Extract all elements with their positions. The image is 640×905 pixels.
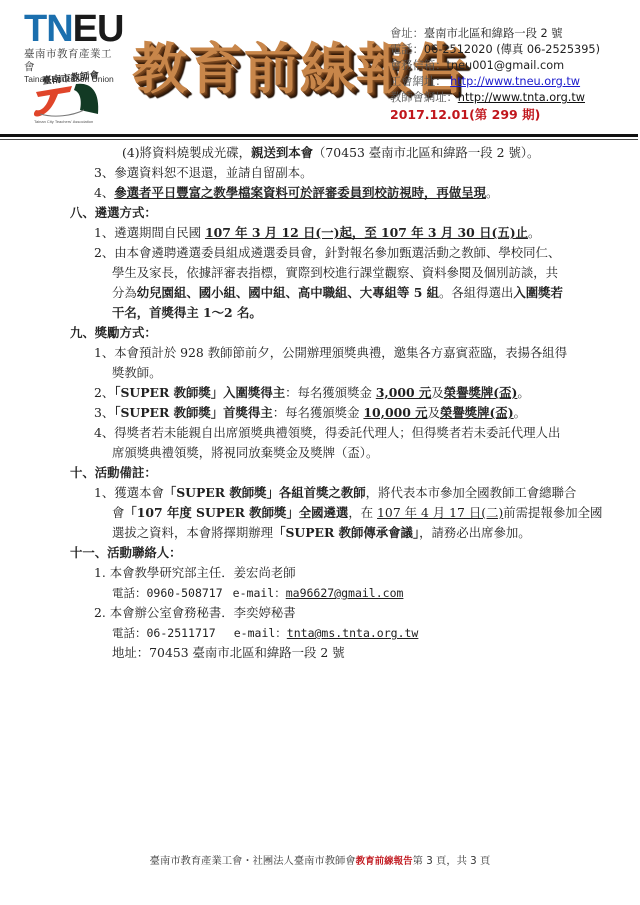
footer-publication: 教育前線報告 xyxy=(356,856,413,867)
section-9-item-3: 3、「SUPER 教師獎」首獎得主：每名獲頒獎金 10,000 元及榮譽獎牌(盃… xyxy=(66,403,586,423)
contact-1-title: 1. 本會教學研究部主任．姜宏尚老師 xyxy=(66,563,586,583)
contact-2-details: 電話：06-2511717e-mail：tnta@ms.tnta.org.tw xyxy=(66,623,586,643)
email-line: 會務信箱：tneu001@gmail.com xyxy=(390,58,600,74)
contact-2-address: 地址：70453 臺南市北區和緯路一段 2 號 xyxy=(66,643,586,663)
tnta-emblem-icon xyxy=(28,70,110,120)
section-9-heading: 九、獎勵方式： xyxy=(66,323,586,343)
tnta-caption: Tainan City Teachers' Association xyxy=(34,119,93,124)
contact-2-email-link[interactable]: tnta@ms.tnta.org.tw xyxy=(287,626,419,640)
footer-page-number: 第 3 頁，共 3 頁 xyxy=(413,855,491,867)
section-8-item-1: 1、遴選期間自民國 107 年 3 月 12 日(一)起，至 107 年 3 月… xyxy=(66,223,586,243)
section-8-item-2-groups: 分為幼兒園組、國小組、國中組、高中職組、大專組等 5 組。各組得選出入圍獎若 xyxy=(66,283,586,303)
phone-line: 電話：06-2512020 (傳真 06-2525395) xyxy=(390,42,600,58)
section-10-item-1-cont: 會「107 年度 SUPER 教師獎」全國遴選，在 107 年 4 月 17 日… xyxy=(66,503,586,523)
contact-1-email-link[interactable]: ma96627@gmail.com xyxy=(286,586,404,600)
assoc-site-link[interactable]: http://www.tnta.org.tw xyxy=(458,91,585,104)
contact-2-title: 2. 本會辦公室會務秘書．李奕婷秘書 xyxy=(66,603,586,623)
section-8-heading: 八、遴選方式： xyxy=(66,203,586,223)
section-9-item-2: 2、「SUPER 教師獎」入圍獎得主：每名獲頒獎金 3,000 元及榮譽獎牌(盃… xyxy=(66,383,586,403)
item-4-cd: (4)將資料燒製成光碟，親送到本會（70453 臺南市北區和緯路一段 2 號）。 xyxy=(66,143,586,163)
logo-eu: EU xyxy=(73,8,124,50)
section-11-heading: 十一、活動聯絡人： xyxy=(66,543,586,563)
assoc-site-line: 教師會網址：http://www.tnta.org.tw xyxy=(390,90,600,106)
section-9-item-4: 4、得獎者若未能親自出席頒獎典禮領獎，得委託代理人；但得獎者若未委託代理人出 xyxy=(66,423,586,443)
section-10-item-1-end: 選拔之資料，本會將擇期辦理「SUPER 教師傳承會議」，請務必出席參加。 xyxy=(66,523,586,543)
section-9-item-1: 1、本會預計於 928 教師節前夕，公開辦理頒獎典禮，邀集各方嘉賓蒞臨，表揚各組… xyxy=(66,343,586,363)
section-9-item-4-cont: 席頒獎典禮領獎，將視同放棄獎金及獎牌（盃）。 xyxy=(66,443,586,463)
contact-info-block: 會址：臺南市北區和緯路一段 2 號 電話：06-2512020 (傳真 06-2… xyxy=(390,26,600,123)
item-4-portfolio: 4、參選者平日豐富之教學檔案資料可於評審委員到校訪視時，再做呈現。 xyxy=(66,183,586,203)
section-10-heading: 十、活動備註： xyxy=(66,463,586,483)
union-site-link[interactable]: http://www.tneu.org.tw xyxy=(450,75,580,88)
section-8-item-2-end: 干名，首獎得主 1～2 名。 xyxy=(66,303,586,323)
address-line: 會址：臺南市北區和緯路一段 2 號 xyxy=(390,26,600,42)
section-10-item-1: 1、獲選本會「SUPER 教師獎」各組首獎之教師，將代表本市參加全國教師工會總聯… xyxy=(66,483,586,503)
tnta-logo: 臺南市教師會 Tainan City Teachers' Association xyxy=(28,70,110,126)
page-header: TNEU 臺南市教育產業工會 Tainan Education Union 臺南… xyxy=(0,0,640,136)
footer-org: 臺南市教育產業工會・社團法人臺南市教師會 xyxy=(150,855,356,867)
header-divider-thin xyxy=(0,139,638,140)
document-body: (4)將資料燒製成光碟，親送到本會（70453 臺南市北區和緯路一段 2 號）。… xyxy=(66,143,586,663)
section-8-item-2-cont: 學生及家長，依據評審表指標，實際到校進行課堂觀察、資料參閱及個別訪談，共 xyxy=(66,263,586,283)
header-divider-thick xyxy=(0,134,638,137)
logo-tn: TN xyxy=(24,8,73,50)
page-footer: 臺南市教育產業工會・社團法人臺南市教師會教育前線報告第 3 頁，共 3 頁 xyxy=(0,852,640,867)
section-8-item-2: 2、由本會遴聘遴選委員組成遴選委員會，針對報名參加甄選活動之教師、學校同仁、 xyxy=(66,243,586,263)
contact-1-details: 電話：0960-508717e-mail：ma96627@gmail.com xyxy=(66,583,586,603)
union-site-line: 工會網址： http://www.tneu.org.tw xyxy=(390,74,600,90)
section-9-item-1-cont: 獎教師。 xyxy=(66,363,586,383)
item-3-no-return: 3、參選資料恕不退還，並請自留副本。 xyxy=(66,163,586,183)
issue-date: 2017.12.01(第 299 期) xyxy=(390,107,600,123)
